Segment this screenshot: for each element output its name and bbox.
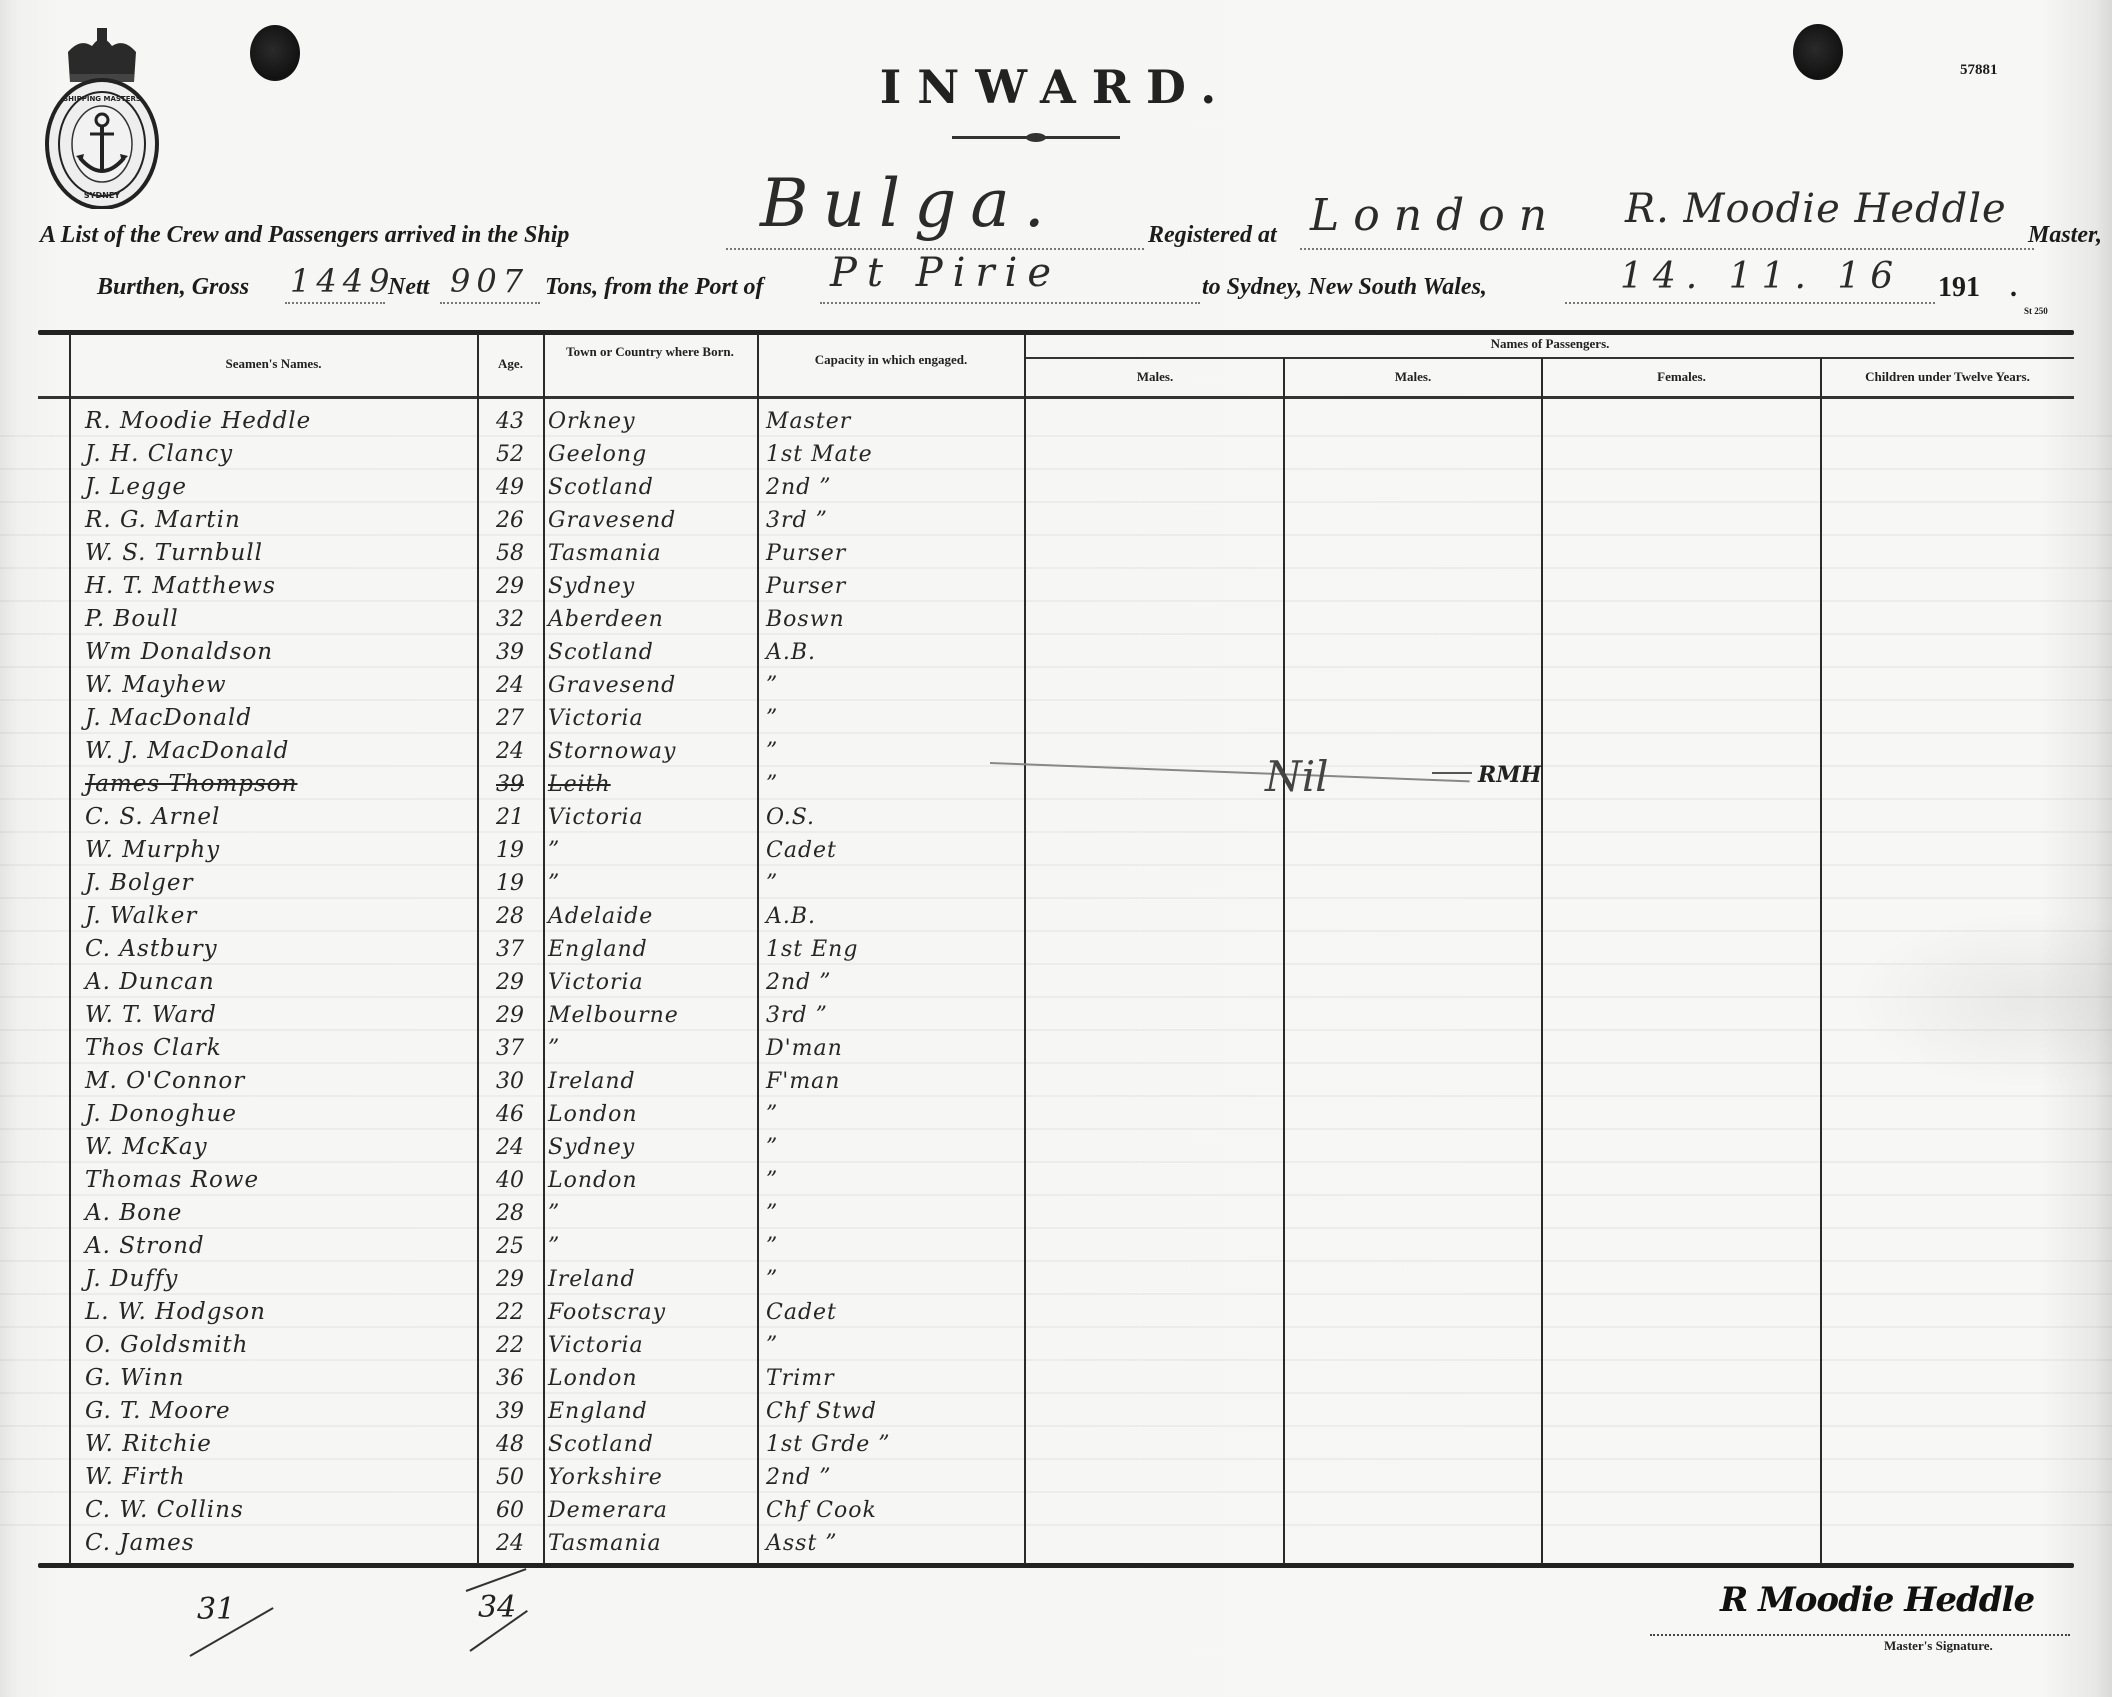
crew-row: W. Ritchie 48 Scotland 1st Grde ”: [0, 1428, 1030, 1461]
registered-port-value: London: [1310, 190, 1561, 241]
seaman-name: P. Boull: [85, 603, 475, 636]
seaman-age: 49: [478, 471, 542, 504]
seaman-birthplace: ”: [548, 1230, 758, 1263]
seaman-capacity: Chf Stwd: [766, 1395, 1021, 1428]
document-page: SHIPPING MASTERS SYDNEY INWARD. 57881 St…: [0, 0, 2112, 1697]
seaman-age: 52: [478, 438, 542, 471]
seaman-capacity: ”: [766, 1197, 1021, 1230]
seaman-name: W. McKay: [85, 1131, 475, 1164]
seaman-name: J. Duffy: [85, 1263, 475, 1296]
tons-from-port-label: Tons, from the Port of: [545, 274, 763, 301]
seaman-age: 24: [478, 669, 542, 702]
crew-row: J. Bolger 19 ” ”: [0, 867, 1030, 900]
seaman-name: R. G. Martin: [85, 504, 475, 537]
seaman-name: C. W. Collins: [85, 1494, 475, 1527]
seaman-age: 40: [478, 1164, 542, 1197]
seaman-age: 25: [478, 1230, 542, 1263]
crew-row: J. Duffy 29 Ireland ”: [0, 1263, 1030, 1296]
title-ornament-rule: [952, 136, 1120, 139]
seaman-name: Thomas Rowe: [85, 1164, 475, 1197]
seaman-name: C. S. Arnel: [85, 801, 475, 834]
seaman-birthplace: Sydney: [548, 570, 758, 603]
seaman-name: J. Walker: [85, 900, 475, 933]
seaman-name: J. Donoghue: [85, 1098, 475, 1131]
seaman-age: 22: [478, 1329, 542, 1362]
year-end-period: .: [2010, 272, 2017, 304]
seaman-birthplace: Demerara: [548, 1494, 758, 1527]
seaman-birthplace: Aberdeen: [548, 603, 758, 636]
seaman-capacity: ”: [766, 735, 1021, 768]
total-slash: [466, 1568, 527, 1592]
seaman-capacity: D'man: [766, 1032, 1021, 1065]
seaman-birthplace: Orkney: [548, 405, 758, 438]
seaman-age: 28: [478, 900, 542, 933]
to-sydney-label: to Sydney, New South Wales,: [1202, 274, 1487, 301]
crew-row: W. McKay 24 Sydney ”: [0, 1131, 1030, 1164]
seaman-name: A. Strond: [85, 1230, 475, 1263]
seaman-age: 37: [478, 933, 542, 966]
crew-row: W. J. MacDonald 24 Stornoway ”: [0, 735, 1030, 768]
stock-code: St 250: [2024, 306, 2048, 316]
seaman-age: 28: [478, 1197, 542, 1230]
column-header-children: Children under Twelve Years.: [1821, 369, 2074, 384]
seaman-capacity: ”: [766, 867, 1021, 900]
seaman-age: 29: [478, 570, 542, 603]
seaman-name: Thos Clark: [85, 1032, 475, 1065]
master-name-value: R. Moodie Heddle: [1625, 186, 2007, 232]
seaman-name: L. W. Hodgson: [85, 1296, 475, 1329]
column-header-capacity: Capacity in which engaged.: [758, 352, 1024, 367]
seaman-birthplace: Victoria: [548, 801, 758, 834]
seaman-birthplace: Yorkshire: [548, 1461, 758, 1494]
seaman-name: C. Astbury: [85, 933, 475, 966]
seaman-name: A. Duncan: [85, 966, 475, 999]
crew-row: M. O'Connor 30 Ireland F'man: [0, 1065, 1030, 1098]
crew-row: C. W. Collins 60 Demerara Chf Cook: [0, 1494, 1030, 1527]
document-title: INWARD.: [0, 60, 2112, 114]
seaman-age: 29: [478, 966, 542, 999]
column-header-females: Females.: [1542, 369, 1821, 384]
seaman-birthplace: London: [548, 1362, 758, 1395]
arrival-date-value: 14. 11. 16: [1620, 256, 1903, 297]
seaman-age: 24: [478, 735, 542, 768]
master-signature: R Moodie Heddle: [1720, 1580, 2034, 1620]
seaman-age: 39: [478, 636, 542, 669]
seaman-age: 37: [478, 1032, 542, 1065]
crew-row: A. Duncan 29 Victoria 2nd ”: [0, 966, 1030, 999]
seaman-birthplace: Victoria: [548, 702, 758, 735]
signature-line: [1650, 1632, 2070, 1636]
crew-row: C. Astbury 37 England 1st Eng: [0, 933, 1030, 966]
seaman-name: G. T. Moore: [85, 1395, 475, 1428]
seaman-name: A. Bone: [85, 1197, 475, 1230]
crew-row: L. W. Hodgson 22 Footscray Cadet: [0, 1296, 1030, 1329]
seaman-name: W. Firth: [85, 1461, 475, 1494]
seaman-capacity: Purser: [766, 570, 1021, 603]
seaman-capacity: 1st Eng: [766, 933, 1021, 966]
seaman-capacity: 2nd ”: [766, 471, 1021, 504]
shipping-masters-seal-icon: SHIPPING MASTERS SYDNEY: [40, 24, 165, 209]
table-header-bottom-rule: [38, 396, 2074, 399]
seaman-birthplace: London: [548, 1098, 758, 1131]
seaman-birthplace: Scotland: [548, 471, 758, 504]
seaman-capacity: ”: [766, 1263, 1021, 1296]
seaman-capacity: Cadet: [766, 1296, 1021, 1329]
seaman-name: W. Murphy: [85, 834, 475, 867]
seaman-birthplace: Gravesend: [548, 504, 758, 537]
form-number: 57881: [1960, 62, 1998, 79]
year-prefix: 191: [1938, 272, 1980, 304]
seaman-name: R. Moodie Heddle: [85, 405, 475, 438]
seaman-capacity: Trimr: [766, 1362, 1021, 1395]
seaman-capacity: 3rd ”: [766, 504, 1021, 537]
crew-row: J. Donoghue 46 London ”: [0, 1098, 1030, 1131]
seaman-name: H. T. Matthews: [85, 570, 475, 603]
seaman-capacity: Chf Cook: [766, 1494, 1021, 1527]
crew-row: James Thompson 39 Leith ”: [0, 768, 1030, 801]
seaman-capacity: Purser: [766, 537, 1021, 570]
seaman-capacity: 1st Mate: [766, 438, 1021, 471]
seaman-birthplace: ”: [548, 834, 758, 867]
seaman-birthplace: ”: [548, 867, 758, 900]
seaman-capacity: ”: [766, 768, 1021, 801]
seaman-capacity: ”: [766, 1329, 1021, 1362]
seaman-capacity: Boswn: [766, 603, 1021, 636]
crew-row: R. G. Martin 26 Gravesend 3rd ”: [0, 504, 1030, 537]
seaman-name: W. S. Turnbull: [85, 537, 475, 570]
seaman-birthplace: Ireland: [548, 1065, 758, 1098]
crew-row: C. S. Arnel 21 Victoria O.S.: [0, 801, 1030, 834]
seaman-birthplace: Leith: [548, 768, 758, 801]
seaman-age: 27: [478, 702, 542, 735]
seaman-name: G. Winn: [85, 1362, 475, 1395]
crew-row: P. Boull 32 Aberdeen Boswn: [0, 603, 1030, 636]
column-header-age: Age.: [478, 356, 543, 371]
seaman-age: 19: [478, 867, 542, 900]
seaman-capacity: ”: [766, 1164, 1021, 1197]
crew-row: H. T. Matthews 29 Sydney Purser: [0, 570, 1030, 603]
seaman-birthplace: Tasmania: [548, 1527, 758, 1560]
seaman-birthplace: Footscray: [548, 1296, 758, 1329]
crew-row: A. Bone 28 ” ”: [0, 1197, 1030, 1230]
seaman-name: W. Ritchie: [85, 1428, 475, 1461]
seaman-age: 43: [478, 405, 542, 438]
registered-at-label: Registered at: [1148, 222, 1277, 249]
age-column-total: 34: [478, 1590, 516, 1625]
seaman-name: W. J. MacDonald: [85, 735, 475, 768]
seaman-birthplace: England: [548, 933, 758, 966]
seaman-capacity: 1st Grde ”: [766, 1428, 1021, 1461]
crew-row: C. James 24 Tasmania Asst ”: [0, 1527, 1030, 1560]
seaman-age: 39: [478, 1395, 542, 1428]
table-bottom-rule: [38, 1563, 2074, 1568]
column-divider: [1283, 358, 1285, 1564]
seaman-birthplace: ”: [548, 1197, 758, 1230]
seaman-birthplace: Tasmania: [548, 537, 758, 570]
seaman-birthplace: Ireland: [548, 1263, 758, 1296]
crew-total: 31: [197, 1592, 235, 1627]
nil-initials: RMH: [1478, 762, 1541, 788]
seaman-birthplace: Victoria: [548, 966, 758, 999]
seaman-birthplace: London: [548, 1164, 758, 1197]
seaman-capacity: ”: [766, 1131, 1021, 1164]
crew-row: G. T. Moore 39 England Chf Stwd: [0, 1395, 1030, 1428]
master-signature-label: Master's Signature.: [1884, 1638, 1993, 1654]
seaman-birthplace: Melbourne: [548, 999, 758, 1032]
crew-row: G. Winn 36 London Trimr: [0, 1362, 1030, 1395]
ship-name-value: Bulga.: [760, 165, 1059, 242]
crew-row: Thos Clark 37 ” D'man: [0, 1032, 1030, 1065]
seaman-capacity: F'man: [766, 1065, 1021, 1098]
seaman-birthplace: Sydney: [548, 1131, 758, 1164]
gross-tons-value: 1449: [290, 262, 395, 300]
seaman-birthplace: ”: [548, 1032, 758, 1065]
seaman-age: 30: [478, 1065, 542, 1098]
seaman-age: 24: [478, 1131, 542, 1164]
column-header-town: Town or Country where Born.: [560, 344, 740, 359]
seaman-capacity: ”: [766, 669, 1021, 702]
seaman-birthplace: Adelaide: [548, 900, 758, 933]
seaman-name: W. T. Ward: [85, 999, 475, 1032]
seaman-birthplace: England: [548, 1395, 758, 1428]
crew-row: W. T. Ward 29 Melbourne 3rd ”: [0, 999, 1030, 1032]
passengers-nil-note: Nil: [1265, 752, 1329, 801]
seaman-age: 36: [478, 1362, 542, 1395]
seaman-capacity: O.S.: [766, 801, 1021, 834]
seaman-age: 50: [478, 1461, 542, 1494]
seaman-capacity: ”: [766, 702, 1021, 735]
seaman-birthplace: Stornoway: [548, 735, 758, 768]
seaman-birthplace: Victoria: [548, 1329, 758, 1362]
nil-stroke-line: [990, 762, 1470, 782]
column-header-passengers-group: Names of Passengers.: [1026, 336, 2074, 351]
column-header-males-1: Males.: [1026, 369, 1284, 384]
list-prefix-label: A List of the Crew and Passengers arrive…: [40, 222, 569, 249]
seaman-age: 29: [478, 999, 542, 1032]
seaman-capacity: 3rd ”: [766, 999, 1021, 1032]
seaman-name: Wm Donaldson: [85, 636, 475, 669]
column-header-seamens-names: Seamen's Names.: [70, 356, 477, 371]
crew-row: W. Mayhew 24 Gravesend ”: [0, 669, 1030, 702]
crew-row: J. H. Clancy 52 Geelong 1st Mate: [0, 438, 1030, 471]
seaman-name: J. Bolger: [85, 867, 475, 900]
crew-row: J. MacDonald 27 Victoria ”: [0, 702, 1030, 735]
crew-row: W. Firth 50 Yorkshire 2nd ”: [0, 1461, 1030, 1494]
seaman-age: 46: [478, 1098, 542, 1131]
seaman-name: M. O'Connor: [85, 1065, 475, 1098]
seaman-age: 60: [478, 1494, 542, 1527]
seaman-capacity: A.B.: [766, 900, 1021, 933]
nett-label: Nett: [388, 274, 429, 301]
arrow-icon: [1432, 772, 1472, 774]
crew-row: J. Walker 28 Adelaide A.B.: [0, 900, 1030, 933]
passengers-subheader-rule: [1026, 357, 2074, 359]
seaman-capacity: 2nd ”: [766, 966, 1021, 999]
seaman-capacity: ”: [766, 1230, 1021, 1263]
seaman-birthplace: Scotland: [548, 1428, 758, 1461]
burthen-gross-label: Burthen, Gross: [97, 274, 249, 301]
seaman-age: 22: [478, 1296, 542, 1329]
seaman-age: 21: [478, 801, 542, 834]
crew-row: A. Strond 25 ” ”: [0, 1230, 1030, 1263]
crew-row: J. Legge 49 Scotland 2nd ”: [0, 471, 1030, 504]
seaman-capacity: ”: [766, 1098, 1021, 1131]
crew-row: Wm Donaldson 39 Scotland A.B.: [0, 636, 1030, 669]
crew-row: Thomas Rowe 40 London ”: [0, 1164, 1030, 1197]
seaman-name: W. Mayhew: [85, 669, 475, 702]
seaman-birthplace: Gravesend: [548, 669, 758, 702]
seaman-age: 19: [478, 834, 542, 867]
seaman-age: 26: [478, 504, 542, 537]
crew-row: R. Moodie Heddle 43 Orkney Master: [0, 405, 1030, 438]
crew-row: W. Murphy 19 ” Cadet: [0, 834, 1030, 867]
seaman-capacity: Cadet: [766, 834, 1021, 867]
seaman-age: 48: [478, 1428, 542, 1461]
seaman-age: 29: [478, 1263, 542, 1296]
nett-tons-value: 907: [450, 262, 529, 300]
seaman-birthplace: Scotland: [548, 636, 758, 669]
seaman-name: J. Legge: [85, 471, 475, 504]
seaman-age: 24: [478, 1527, 542, 1560]
table-top-rule: [38, 330, 2074, 335]
seaman-capacity: A.B.: [766, 636, 1021, 669]
column-divider: [1820, 358, 1822, 1564]
seaman-age: 39: [478, 768, 542, 801]
seaman-age: 32: [478, 603, 542, 636]
crew-row: O. Goldsmith 22 Victoria ”: [0, 1329, 1030, 1362]
seaman-capacity: 2nd ”: [766, 1461, 1021, 1494]
seaman-name: O. Goldsmith: [85, 1329, 475, 1362]
seaman-name: J. H. Clancy: [85, 438, 475, 471]
svg-text:SYDNEY: SYDNEY: [84, 191, 120, 200]
seaman-name: James Thompson: [85, 768, 475, 801]
seaman-birthplace: Geelong: [548, 438, 758, 471]
column-divider: [1541, 358, 1543, 1564]
seaman-capacity: Master: [766, 405, 1021, 438]
seaman-name: C. James: [85, 1527, 475, 1560]
column-header-males-2: Males.: [1284, 369, 1542, 384]
from-port-value: Pt Pirie: [830, 250, 1061, 296]
seaman-capacity: Asst ”: [766, 1527, 1021, 1560]
seaman-age: 58: [478, 537, 542, 570]
master-label: Master,: [2028, 222, 2102, 249]
crew-row: W. S. Turnbull 58 Tasmania Purser: [0, 537, 1030, 570]
seaman-name: J. MacDonald: [85, 702, 475, 735]
